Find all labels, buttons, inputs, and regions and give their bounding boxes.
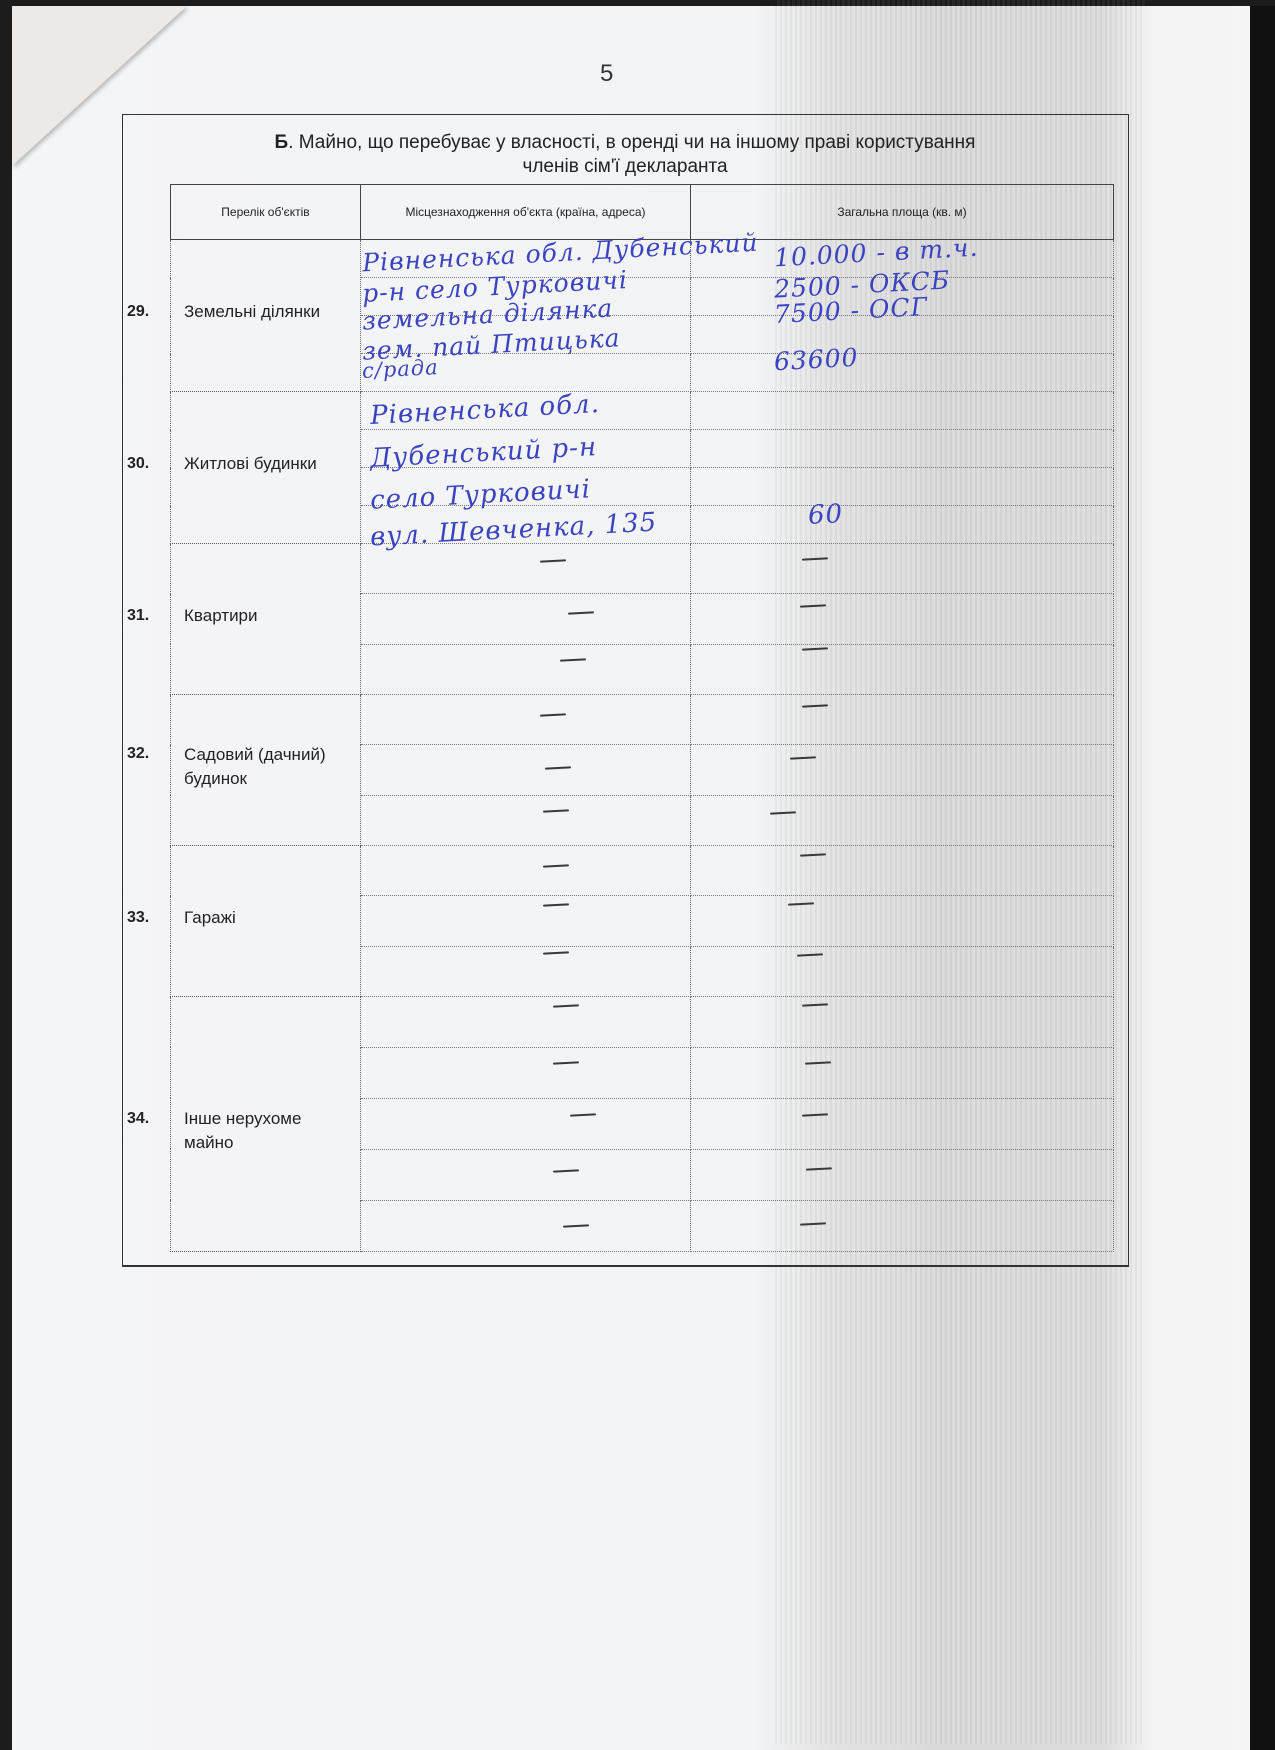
location-cell (361, 594, 691, 644)
handwritten-entry: 63600 (773, 343, 859, 376)
area-cell (691, 594, 1114, 644)
category-label: Садовий (дачний) будинок (184, 743, 354, 791)
table-row: 31.Квартири (171, 544, 1114, 594)
location-cell (361, 694, 691, 744)
category-label: Інше нерухоме майно (184, 1107, 354, 1155)
table-row: 34.Інше нерухоме майно (171, 996, 1114, 1047)
category-cell: 29.Земельні ділянки (171, 240, 361, 392)
location-cell (361, 544, 691, 594)
property-table: Перелік об'єктів Місцезнаходження об'єкт… (170, 184, 1114, 1252)
location-cell (361, 1098, 691, 1149)
section-title: Б. Майно, що перебуває у власності, в ор… (130, 131, 1120, 179)
page-number: 5 (600, 60, 613, 88)
location-cell (361, 1149, 691, 1200)
area-cell (691, 468, 1114, 506)
category-cell: 34.Інше нерухоме майно (171, 996, 361, 1251)
location-cell (361, 1200, 691, 1251)
location-cell (361, 946, 691, 996)
location-cell (361, 1047, 691, 1098)
category-cell: 30.Житлові будинки (171, 392, 361, 544)
section-title-text: . Майно, що перебуває у власності, в оре… (288, 132, 975, 153)
area-cell (691, 354, 1114, 392)
area-cell (691, 845, 1114, 895)
location-cell (361, 996, 691, 1047)
table-row: 30.Житлові будинки (171, 392, 1114, 430)
area-cell (691, 1149, 1114, 1200)
header-location: Місцезнаходження об'єкта (країна, адреса… (361, 185, 691, 240)
table-row: 33.Гаражі (171, 845, 1114, 895)
area-cell (691, 1047, 1114, 1098)
category-label: Житлові будинки (184, 452, 354, 476)
table-header-row: Перелік об'єктів Місцезнаходження об'єкт… (171, 185, 1114, 240)
area-cell (691, 644, 1114, 694)
area-cell (691, 1200, 1114, 1251)
category-cell: 32.Садовий (дачний) будинок (171, 694, 361, 845)
location-cell (361, 896, 691, 946)
category-cell: 33.Гаражі (171, 845, 361, 996)
section-letter: Б (275, 132, 289, 153)
section-title-line2: членів сім'ї декларанта (522, 156, 727, 177)
location-cell (361, 845, 691, 895)
area-cell (691, 392, 1114, 430)
row-number: 34. (127, 1110, 149, 1128)
handwritten-entry: с/рада (361, 355, 439, 383)
header-objects: Перелік об'єктів (171, 185, 361, 240)
location-cell (361, 745, 691, 795)
area-cell (691, 506, 1114, 544)
scanner-edge (1250, 6, 1275, 1750)
area-cell (691, 946, 1114, 996)
row-number: 30. (127, 455, 149, 473)
table-row: 32.Садовий (дачний) будинок (171, 694, 1114, 744)
area-cell (691, 745, 1114, 795)
area-cell (691, 996, 1114, 1047)
area-cell (691, 430, 1114, 468)
row-number: 33. (127, 909, 149, 927)
area-cell (691, 896, 1114, 946)
category-label: Земельні ділянки (184, 300, 354, 324)
area-cell (691, 544, 1114, 594)
area-cell (691, 1098, 1114, 1149)
area-cell (691, 694, 1114, 744)
area-cell (691, 795, 1114, 845)
location-cell (361, 795, 691, 845)
location-cell (361, 644, 691, 694)
row-number: 31. (127, 607, 149, 625)
category-cell: 31.Квартири (171, 544, 361, 695)
category-label: Гаражі (184, 906, 354, 930)
row-number: 32. (127, 745, 149, 763)
category-label: Квартири (184, 604, 354, 628)
handwritten-entry: 60 (807, 499, 844, 531)
row-number: 29. (127, 303, 149, 321)
